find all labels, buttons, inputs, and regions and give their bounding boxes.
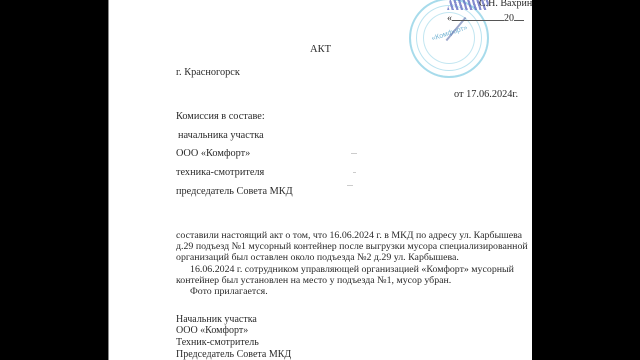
faint-mark xyxy=(351,153,357,154)
commission-member: начальника участка xyxy=(178,130,264,141)
document-city: г. Красногорск xyxy=(176,67,240,78)
approval-year: 20 xyxy=(504,13,514,24)
body-paragraph: Фото прилагается. xyxy=(176,286,531,297)
commission-member: техника-смотрителя xyxy=(176,167,264,178)
signature-line: ООО «Комфорт» xyxy=(176,325,248,336)
document-date: от 17.06.2024г. xyxy=(454,89,518,100)
faint-mark xyxy=(353,172,356,173)
signature-line: Техник-смотритель xyxy=(176,337,259,348)
document-viewer: «Комфорт» С.Н. Вахрин «20 АКТ г. Красног… xyxy=(0,0,640,360)
signature-line: Председатель Совета МКД xyxy=(176,349,291,360)
body-paragraph: составили настоящий акт о том, что 16.06… xyxy=(176,230,531,264)
commission-member: председатель Совета МКД xyxy=(176,186,293,197)
signature-line: Начальник участка xyxy=(176,314,257,325)
document-title: АКТ xyxy=(109,44,532,55)
approval-date-line: «20 xyxy=(447,12,524,24)
year-blank xyxy=(514,12,524,21)
month-blank xyxy=(462,12,504,21)
faint-mark xyxy=(347,185,353,186)
commission-header: Комиссия в составе: xyxy=(176,111,265,122)
approver-name: С.Н. Вахрин xyxy=(479,0,532,9)
document-page: «Комфорт» С.Н. Вахрин «20 АКТ г. Красног… xyxy=(108,0,532,360)
act-body: составили настоящий акт о том, что 16.06… xyxy=(176,230,531,297)
body-paragraph: 16.06.2024 г. сотрудником управляющей ор… xyxy=(176,264,531,286)
day-blank xyxy=(452,12,462,21)
commission-member: ООО «Комфорт» xyxy=(176,148,250,159)
